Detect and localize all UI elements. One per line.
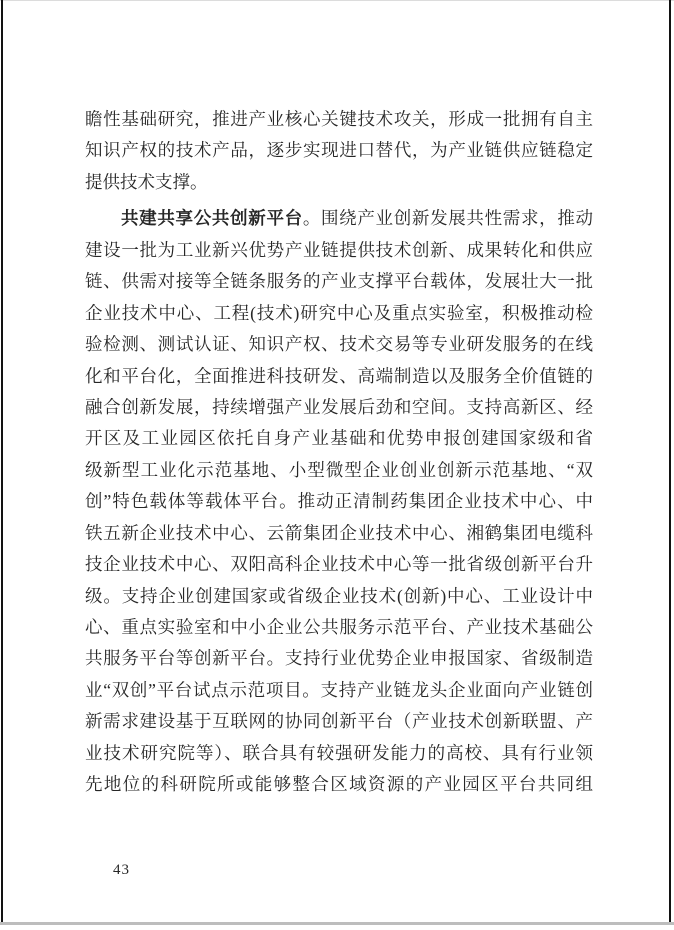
text-line: 级。支持企业创建国家或省级企业技术(创新)中心、工业设计中	[85, 581, 593, 612]
page-number: 43	[113, 860, 130, 880]
text-line: 共服务平台等创新平台。支持行业优势企业申报国家、省级制造	[85, 643, 593, 674]
page-border-bottom	[0, 922, 674, 925]
text-line: 先地位的科研院所或能够整合区域资源的产业园区平台共同组	[85, 769, 593, 800]
text-line: 新需求建设基于互联网的协同创新平台（产业技术创新联盟、产	[85, 706, 593, 737]
paragraph-1: 瞻性基础研究，推进产业核心关键技术攻关，形成一批拥有自主知识产权的技术产品，逐步…	[85, 104, 593, 198]
text-line: 共建共享公共创新平台。围绕产业创新发展共性需求，推动	[85, 203, 593, 234]
page-border-top	[0, 0, 674, 1]
paragraph-2: 共建共享公共创新平台。围绕产业创新发展共性需求，推动建设一批为工业新兴优势产业链…	[85, 203, 593, 800]
text-line: 融合创新发展，持续增强产业发展后劲和空间。支持高新区、经	[85, 392, 593, 423]
text-line: 级新型工业化示范基地、小型微型企业创业创新示范基地、“双	[85, 455, 593, 486]
text-line: 铁五新企业技术中心、云箭集团企业技术中心、湘鹤集团电缆科	[85, 518, 593, 549]
text-line: 验检测、测试认证、知识产权、技术交易等专业研发服务的在线	[85, 329, 593, 360]
text-line: 建设一批为工业新兴优势产业链提供技术创新、成果转化和供应	[85, 235, 593, 266]
text-line: 业“双创”平台试点示范项目。支持产业链龙头企业面向产业链创	[85, 675, 593, 706]
text-line: 知识产权的技术产品，逐步实现进口替代，为产业链供应链稳定	[85, 135, 593, 166]
text-line: 业技术研究院等）、联合具有较强研发能力的高校、具有行业领	[85, 738, 593, 769]
text-line: 创”特色载体等载体平台。推动正清制药集团企业技术中心、中	[85, 486, 593, 517]
text-line: 心、重点实验室和中小企业公共服务示范平台、产业技术基础公	[85, 612, 593, 643]
text-line: 提供技术支撑。	[85, 167, 593, 198]
page-body: 瞻性基础研究，推进产业核心关键技术攻关，形成一批拥有自主知识产权的技术产品，逐步…	[85, 104, 593, 801]
text-line: 技企业技术中心、双阳高科企业技术中心等一批省级创新平台升	[85, 549, 593, 580]
page-border-left	[1, 0, 3, 923]
text-line: 开区及工业园区依托自身产业基础和优势申报创建国家级和省	[85, 423, 593, 454]
document-page: 瞻性基础研究，推进产业核心关键技术攻关，形成一批拥有自主知识产权的技术产品，逐步…	[0, 0, 674, 930]
page-border-right	[669, 0, 671, 923]
text-line: 瞻性基础研究，推进产业核心关键技术攻关，形成一批拥有自主	[85, 104, 593, 135]
bold-heading-run: 共建共享公共创新平台	[121, 208, 303, 228]
text-line: 化和平台化，全面推进科技研发、高端制造以及服务全价值链的	[85, 361, 593, 392]
text-line: 企业技术中心、工程(技术)研究中心及重点实验室，积极推动检	[85, 298, 593, 329]
text-line: 链、供需对接等全链条服务的产业支撑平台载体，发展壮大一批	[85, 266, 593, 297]
